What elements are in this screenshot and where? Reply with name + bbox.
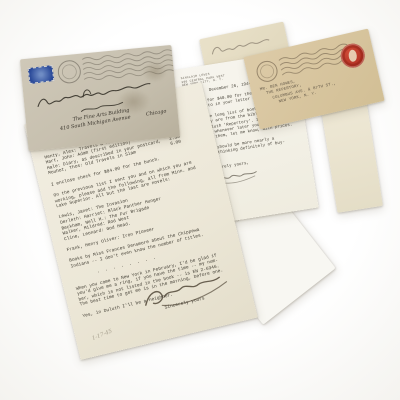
photo-canvas: 1/6 SINCLAIR LEWIS 300 CENTRAL PARK WEST… — [0, 0, 400, 400]
blue-stamp-icon — [28, 65, 55, 84]
cancellation-waves-icon — [279, 43, 351, 76]
envelope-to-chicago: The Fine Arts Building 410 South Michiga… — [20, 45, 180, 151]
pencil-date-note: 1-17-45 — [91, 329, 113, 342]
